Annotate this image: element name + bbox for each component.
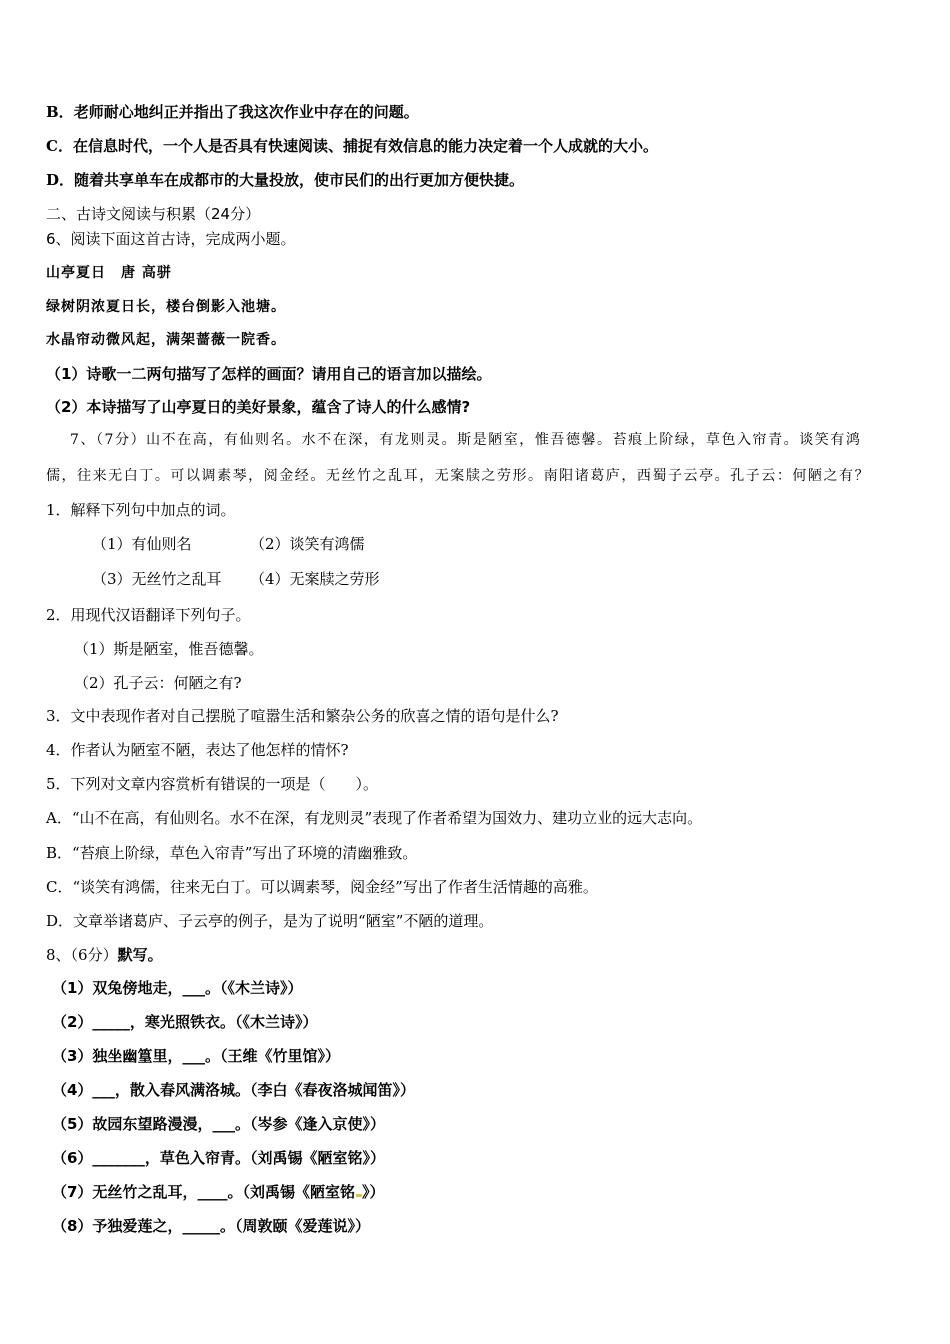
question-7-2-item-1: （1）斯是陋室，惟吾德馨。	[74, 639, 264, 659]
question-6-sub-2: （2）本诗描写了山亭夏日的美好景象，蕴含了诗人的什么感情?	[46, 397, 470, 417]
question-7-4: 4．作者认为陋室不陋，表达了他怎样的情怀?	[46, 740, 349, 760]
question-7-1-prompt: 1．解释下列句中加点的词。	[46, 500, 236, 520]
question-8-item-7-suffix: 》）	[362, 1183, 385, 1201]
question-8-item-6: （6）_______，草色入帘青。（刘禹锡《陋室铭》）	[52, 1148, 385, 1168]
question-7-5-prompt: 5．下列对文章内容赏析有错误的一项是（ ）。	[46, 774, 378, 794]
question-8-prompt: 8、（6分）默写。	[46, 945, 163, 965]
option-d: D．随着共享单车在成都市的大量投放，使市民们的出行更加方便快捷。	[46, 170, 524, 190]
option-text: 老师耐心地纠正并指出了我这次作业中存在的问题。	[74, 103, 419, 121]
option-b: B．老师耐心地纠正并指出了我这次作业中存在的问题。	[46, 102, 419, 122]
question-7-5-option-b: B．“苔痕上阶绿，草色入帘青”写出了环境的清幽雅致。	[46, 843, 417, 863]
question-7-1-item-2: （2）谈笑有鸿儒	[250, 534, 365, 554]
question-8-item-7-text: （7）无丝竹之乱耳，____。（刘禹锡《陋室铭	[52, 1183, 355, 1201]
poem-line-1: 绿树阴浓夏日长，楼台倒影入池塘。	[46, 297, 286, 317]
question-6-prompt: 6、阅读下面这首古诗，完成两小题。	[46, 229, 296, 249]
question-8-item-7: （7）无丝竹之乱耳，____。（刘禹锡《陋室铭》）	[52, 1182, 384, 1202]
document-page: B．老师耐心地纠正并指出了我这次作业中存在的问题。 C．在信息时代，一个人是否具…	[0, 0, 950, 1344]
option-label: D．	[46, 171, 74, 189]
option-label: B．	[46, 103, 74, 121]
question-7-2-prompt: 2．用现代汉语翻译下列句子。	[46, 605, 251, 625]
option-label: C．	[46, 137, 73, 155]
question-7-1-item-1: （1）有仙则名	[92, 534, 192, 554]
question-8-item-3: （3）独坐幽篁里，___。（王维《竹里馆》）	[52, 1046, 340, 1066]
question-7-5-option-d: D．文章举诸葛庐、子云亭的例子，是为了说明“陋室”不陋的道理。	[46, 911, 493, 931]
question-8-item-4: （4）___，散入春风满洛城。（李白《春夜洛城闻笛》）	[52, 1080, 415, 1100]
question-7-passage-line-2: 儒，往来无白丁。可以调素琴，阅金经。无丝竹之乱耳，无案牍之劳形。南阳诸葛庐，西蜀…	[46, 466, 870, 486]
question-8-item-2: （2）_____，寒光照铁衣。（《木兰诗》）	[52, 1012, 317, 1032]
section-heading: 二、古诗文阅读与积累（24分）	[46, 204, 260, 224]
question-6-sub-1: （1）诗歌一二两句描写了怎样的画面？请用自己的语言加以描绘。	[46, 364, 491, 384]
option-text: 在信息时代，一个人是否具有快速阅读、捕捉有效信息的能力决定着一个人成就的大小。	[73, 137, 658, 155]
question-7-1-item-4: （4）无案牍之劳形	[250, 569, 380, 589]
question-8-item-5: （5）故园东望路漫漫，___。（岑参《逢入京使》）	[52, 1114, 385, 1134]
poem-title: 山亭夏日 唐 高骈	[46, 263, 172, 283]
question-8-item-8: （8）予独爱莲之，_____。（周敦颐《爱莲说》）	[52, 1216, 370, 1236]
option-c: C．在信息时代，一个人是否具有快速阅读、捕捉有效信息的能力决定着一个人成就的大小…	[46, 136, 658, 156]
poem-line-2: 水晶帘动微风起，满架蔷薇一院香。	[46, 330, 286, 350]
option-text: 随着共享单车在成都市的大量投放，使市民们的出行更加方便快捷。	[74, 171, 524, 189]
question-7-5-option-c: C．“谈笑有鸿儒，往来无白丁。可以调素琴，阅金经”写出了作者生活情趣的高雅。	[46, 877, 598, 897]
question-8-item-1: （1）双兔傍地走，___。（《木兰诗》）	[52, 978, 302, 998]
question-8-prefix: 8、（6分）	[46, 946, 118, 964]
question-7-5-option-a: A．“山不在高，有仙则名。水不在深，有龙则灵”表现了作者希望为国效力、建功立业的…	[46, 808, 702, 828]
question-7-passage-line-1: 7、（7分）山不在高，有仙则名。水不在深，有龙则灵。斯是陋室，惟吾德馨。苔痕上阶…	[70, 430, 861, 450]
question-7-3: 3．文中表现作者对自己摆脱了喧嚣生活和繁杂公务的欣喜之情的语句是什么?	[46, 706, 559, 726]
question-8-instruction: 默写。	[118, 946, 163, 964]
question-7-1-item-3: （3）无丝竹之乱耳	[92, 569, 222, 589]
question-7-2-item-2: （2）孔子云：何陋之有?	[74, 673, 242, 693]
